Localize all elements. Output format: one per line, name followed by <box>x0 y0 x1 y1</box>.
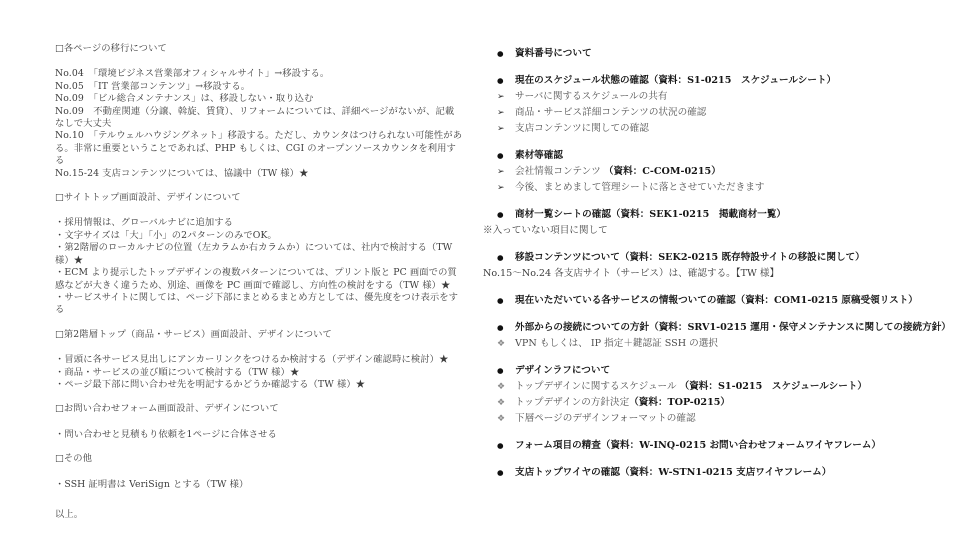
document-ref: （資料：C-COM-0215） <box>604 166 721 177</box>
diamond-bullet-icon: ❖ <box>497 336 505 352</box>
diamond-bullet-icon: ❖ <box>497 395 505 411</box>
agenda-heading-text: フォーム項目の精査（資料：W-INQ-0215 お問い合わせフォームワイヤフレー… <box>515 440 881 451</box>
note-line: ・文字サイズは「大」「小」の2パターンのみでOK。 <box>55 230 463 242</box>
agenda-group-product-list-sheet: ● 商材一覧シートの確認（資料：SEK1-0215 掲載商材一覧） ※入っていな… <box>483 207 948 239</box>
bullet-icon: ● <box>497 320 504 336</box>
agenda-group-form-fields-review: ● フォーム項目の精査（資料：W-INQ-0215 お問い合わせフォームワイヤフ… <box>483 438 948 454</box>
note-line: No.09 不動産関連（分譲、斡旋、賃貸）、リフォームについては、詳細ページがな… <box>55 106 463 131</box>
agenda-note-line: No.15〜No.24 各支店サイト（サービス）は、確認する。【TW 様】 <box>483 266 948 282</box>
note-line: No.09 「ビル総合メンテナンス」は、移設しない・取り込む <box>55 93 463 105</box>
section-heading: □サイトトップ画面設計、デザインについて <box>55 192 463 204</box>
agenda-group-branch-top-wireframe: ● 支店トップワイヤの確認（資料：W-STN1-0215 支店ワイヤフレーム） <box>483 465 948 481</box>
note-line: ・SSH 証明書は VeriSign とする（TW 様） <box>55 479 463 491</box>
agenda-sub-text: 下層ページのデザインフォーマットの確認 <box>515 413 696 424</box>
agenda-heading-text: 資料番号について <box>515 48 592 59</box>
note-line: ・サービスサイトに関しては、ページ下部にまとめるまとめ方としては、優先度をつけ表… <box>55 292 463 317</box>
bullet-icon: ● <box>497 250 504 266</box>
diamond-bullet-icon: ❖ <box>497 379 505 395</box>
agenda-heading-row: ● 資料番号について <box>483 46 948 62</box>
notes-left-column: □各ページの移行について No.04 「環境ビジネス営業部オフィシャルサイト」→… <box>55 43 463 521</box>
agenda-group-schedule-status: ● 現在のスケジュール状態の確認（資料：S1-0215 スケジュールシート） ➢… <box>483 73 948 137</box>
agenda-heading-text: 商材一覧シートの確認（資料：SEK1-0215 掲載商材一覧） <box>515 209 786 220</box>
agenda-heading-text: 支店トップワイヤの確認（資料：W-STN1-0215 支店ワイヤフレーム） <box>515 467 831 478</box>
note-line: ・第2階層のローカルナビの位置（左カラムか右カラムか）については、社内で検討する… <box>55 242 463 267</box>
section-heading: □お問い合わせフォーム画面設計、デザインについて <box>55 403 463 415</box>
note-line: ・商品・サービスの並び順について検討する（TW 様）★ <box>55 367 463 379</box>
agenda-sub-text: 会社情報コンテンツ <box>515 166 604 177</box>
agenda-heading-row: ● フォーム項目の精査（資料：W-INQ-0215 お問い合わせフォームワイヤフ… <box>483 438 948 454</box>
note-line: ・採用情報は、グローバルナビに追加する <box>55 217 463 229</box>
agenda-note-line: ※入っていない項目に関して <box>483 223 948 239</box>
agenda-group-service-info-check: ● 現在いただいている各サービスの情報ついての確認（資料：COM1-0215 原… <box>483 293 948 309</box>
bullet-icon: ● <box>497 293 504 309</box>
notes-section-contact-form: □お問い合わせフォーム画面設計、デザインについて ・問い合わせと見積もり依頼を1… <box>55 403 463 441</box>
agenda-sub-text: 商品・サービス詳細コンテンツの状況の確認 <box>515 107 706 118</box>
note-line: No.04 「環境ビジネス営業部オフィシャルサイト」→移設する。 <box>55 68 463 80</box>
note-line: ・問い合わせと見積もり依頼を1ページに合体させる <box>55 429 463 441</box>
document-page: □各ページの移行について No.04 「環境ビジネス営業部オフィシャルサイト」→… <box>0 0 960 540</box>
arrow-bullet-icon: ➢ <box>497 121 505 137</box>
section-heading: □その他 <box>55 453 463 465</box>
agenda-sub-item: ❖ VPN もしくは、 IP 指定＋鍵認証 SSH の選択 <box>483 336 948 352</box>
agenda-sub-item: ➢ 支店コンテンツに関しての確認 <box>483 121 948 137</box>
bullet-icon: ● <box>497 363 504 379</box>
agenda-sub-text: サーバに関するスケジュールの共有 <box>515 91 667 102</box>
notes-section-other: □その他 ・SSH 証明書は VeriSign とする（TW 様） <box>55 453 463 491</box>
agenda-sub-item: ➢ サーバに関するスケジュールの共有 <box>483 89 948 105</box>
agenda-group-document-numbers: ● 資料番号について <box>483 46 948 62</box>
agenda-sub-item: ➢ 会社情報コンテンツ （資料：C-COM-0215） <box>483 164 948 180</box>
agenda-heading-text: 現在のスケジュール状態の確認（資料：S1-0215 スケジュールシート） <box>515 75 836 86</box>
agenda-heading-text: 外部からの接続についての方針（資料：SRV1-0215 運用・保守メンテナンスに… <box>515 322 951 333</box>
agenda-heading-row: ● 現在いただいている各サービスの情報ついての確認（資料：COM1-0215 原… <box>483 293 948 309</box>
agenda-heading-text: デザインラフについて <box>515 365 610 376</box>
agenda-group-migrated-content: ● 移設コンテンツについて（資料：SEK2-0215 既存特設サイトの移設に関し… <box>483 250 948 282</box>
note-line: ・ページ最下部に問い合わせ先を明記するかどうか確認する（TW 様）★ <box>55 379 463 391</box>
bullet-icon: ● <box>497 46 504 62</box>
arrow-bullet-icon: ➢ <box>497 164 505 180</box>
bullet-icon: ● <box>497 73 504 89</box>
notes-section-page-migration: □各ページの移行について No.04 「環境ビジネス営業部オフィシャルサイト」→… <box>55 43 463 180</box>
arrow-bullet-icon: ➢ <box>497 89 505 105</box>
section-heading: □第2階層トップ（商品・サービス）画面設計、デザインについて <box>55 329 463 341</box>
agenda-heading-row: ● 素材等確認 <box>483 148 948 164</box>
agenda-sub-text: トップデザインの方針決定 <box>515 397 629 408</box>
note-line: ・ECM より提示したトップデザインの複数パターンについては、プリント版と PC… <box>55 267 463 292</box>
agenda-heading-text: 現在いただいている各サービスの情報ついての確認（資料：COM1-0215 原稿受… <box>515 295 918 306</box>
arrow-bullet-icon: ➢ <box>497 180 505 196</box>
agenda-right-column: ● 資料番号について ● 現在のスケジュール状態の確認（資料：S1-0215 ス… <box>483 46 948 492</box>
agenda-sub-text: トップデザインに関するスケジュール <box>515 381 680 392</box>
section-heading: □各ページの移行について <box>55 43 463 55</box>
agenda-sub-item: ❖ トップデザインに関するスケジュール （資料：S1-0215 スケジュールシー… <box>483 379 948 395</box>
agenda-sub-item: ❖ 下層ページのデザインフォーマットの確認 <box>483 411 948 427</box>
agenda-group-materials-check: ● 素材等確認 ➢ 会社情報コンテンツ （資料：C-COM-0215） ➢ 今後… <box>483 148 948 196</box>
agenda-sub-text: 支店コンテンツに関しての確認 <box>515 123 649 134</box>
agenda-heading-text: 素材等確認 <box>515 150 563 161</box>
note-line: No.15-24 支店コンテンツについては、協議中（TW 様）★ <box>55 168 463 180</box>
diamond-bullet-icon: ❖ <box>497 411 505 427</box>
agenda-sub-text: VPN もしくは、 IP 指定＋鍵認証 SSH の選択 <box>515 338 718 349</box>
agenda-heading-row: ● 現在のスケジュール状態の確認（資料：S1-0215 スケジュールシート） <box>483 73 948 89</box>
arrow-bullet-icon: ➢ <box>497 105 505 121</box>
bullet-icon: ● <box>497 465 504 481</box>
document-ref: （資料：TOP-0215） <box>629 397 730 408</box>
bullet-icon: ● <box>497 438 504 454</box>
bullet-icon: ● <box>497 207 504 223</box>
agenda-group-design-rough: ● デザインラフについて ❖ トップデザインに関するスケジュール （資料：S1-… <box>483 363 948 427</box>
agenda-heading-text: 移設コンテンツについて（資料：SEK2-0215 既存特設サイトの移設に関して） <box>515 252 865 263</box>
note-line: ・冒頭に各サービス見出しにアンカーリンクをつけるか検討する（デザイン確認時に検討… <box>55 354 463 366</box>
agenda-heading-row: ● 支店トップワイヤの確認（資料：W-STN1-0215 支店ワイヤフレーム） <box>483 465 948 481</box>
agenda-sub-item: ❖ トップデザインの方針決定（資料：TOP-0215） <box>483 395 948 411</box>
agenda-group-external-access-policy: ● 外部からの接続についての方針（資料：SRV1-0215 運用・保守メンテナン… <box>483 320 948 352</box>
agenda-heading-row: ● 移設コンテンツについて（資料：SEK2-0215 既存特設サイトの移設に関し… <box>483 250 948 266</box>
agenda-sub-item: ➢ 商品・サービス詳細コンテンツの状況の確認 <box>483 105 948 121</box>
notes-section-second-level-top: □第2階層トップ（商品・サービス）画面設計、デザインについて ・冒頭に各サービス… <box>55 329 463 392</box>
agenda-heading-row: ● 外部からの接続についての方針（資料：SRV1-0215 運用・保守メンテナン… <box>483 320 948 336</box>
agenda-sub-item: ➢ 今後、まとめまして管理シートに落とさせていただきます <box>483 180 948 196</box>
note-line: No.10 「テルウェルハウジングネット」移設する。ただし、カウンタはつけられな… <box>55 130 463 167</box>
agenda-heading-row: ● 商材一覧シートの確認（資料：SEK1-0215 掲載商材一覧） <box>483 207 948 223</box>
notes-section-site-top-design: □サイトトップ画面設計、デザインについて ・採用情報は、グローバルナビに追加する… <box>55 192 463 317</box>
document-ref: （資料：S1-0215 スケジュールシート） <box>680 381 867 392</box>
agenda-sub-text: 今後、まとめまして管理シートに落とさせていただきます <box>515 182 764 193</box>
note-line: No.05 「IT 営業部コンテンツ」→移設する。 <box>55 81 463 93</box>
bullet-icon: ● <box>497 148 504 164</box>
agenda-heading-row: ● デザインラフについて <box>483 363 948 379</box>
closing-line: 以上。 <box>55 509 463 521</box>
